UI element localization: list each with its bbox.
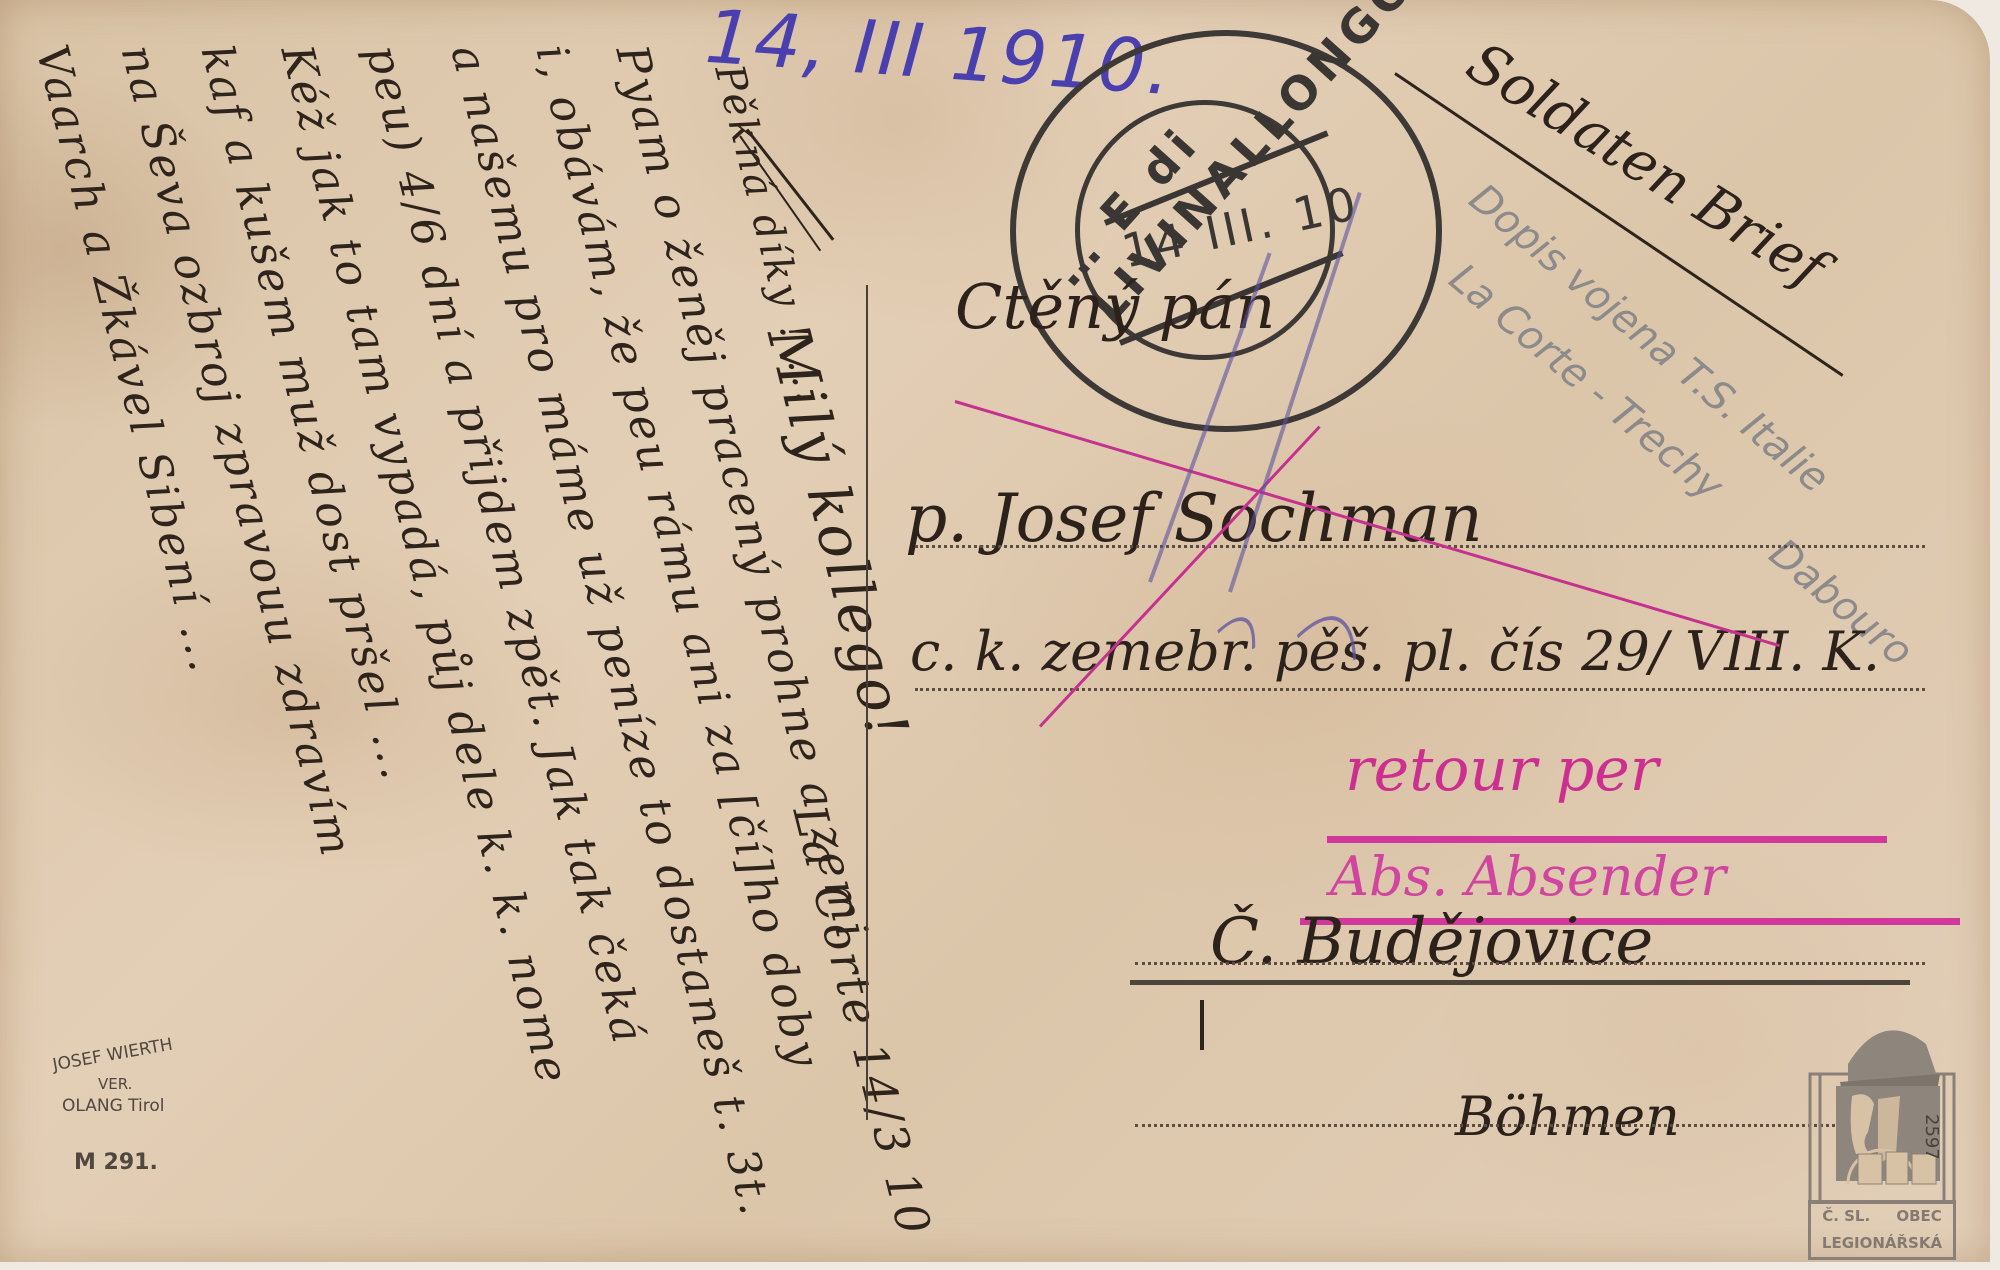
publisher-ver: VER.	[98, 1075, 132, 1093]
postcard: Milý kollego! La Corte 14/3 10 Pěkná dík…	[0, 0, 1990, 1262]
address-salutation: Ctěný pán	[955, 270, 1275, 343]
address-line-2	[915, 688, 1925, 691]
publisher-location: OLANG Tirol	[62, 1096, 165, 1116]
address-line-4	[1135, 1124, 1925, 1127]
soldaten-brief-note: Soldaten Brief	[1456, 30, 1837, 302]
legion-watermark: 2597 Č. SL. OBEC LEGIONÁŘSKÁ	[1808, 1004, 1956, 1260]
soldier-helmet-icon: 2597	[1808, 1004, 1956, 1204]
legion-label-left: Č. SL.	[1822, 1207, 1870, 1225]
svg-text:2597: 2597	[1921, 1114, 1942, 1160]
pink-redirect-line-1: retour per	[1345, 735, 1658, 805]
card-divider	[866, 285, 868, 1120]
catalog-number: M 291.	[74, 1150, 158, 1175]
address-country: Böhmen	[1455, 1085, 1680, 1148]
publisher-name: JOSEF WIERTH	[51, 1035, 174, 1076]
pink-redirect-line-2: Abs. Absender	[1330, 845, 1726, 908]
address-unit: c. k. zemebr. pěš. pl. čís 29/ VIII. K.	[910, 620, 1880, 683]
pink-underline-1	[1327, 836, 1887, 843]
ink-mark	[1200, 1000, 1204, 1050]
legion-label-bottom: LEGIONÁŘSKÁ	[1811, 1230, 1953, 1257]
address-line-1	[915, 545, 1925, 548]
legion-label: Č. SL. OBEC LEGIONÁŘSKÁ	[1808, 1200, 1956, 1260]
legion-label-right: OBEC	[1896, 1207, 1941, 1225]
